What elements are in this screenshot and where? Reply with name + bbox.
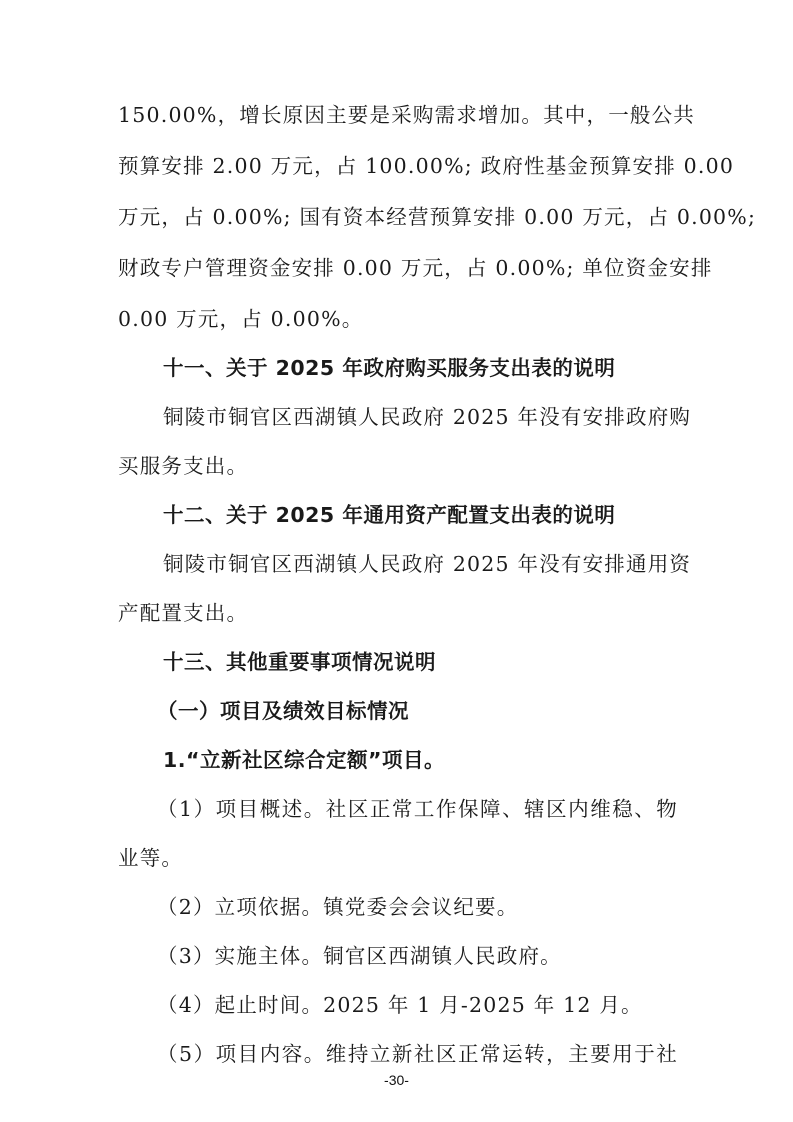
paragraph-line: 买服务支出。	[118, 452, 678, 480]
section-heading-13: 十三、其他重要事项情况说明	[163, 648, 723, 676]
document-page: 150.00%，增长原因主要是采购需求增加。其中，一般公共 预算安排 2.00 …	[0, 0, 793, 1122]
paragraph-line: 150.00%，增长原因主要是采购需求增加。其中，一般公共	[118, 101, 678, 129]
paragraph-line: 万元，占 0.00%; 国有资本经营预算安排 0.00 万元，占 0.00%;	[118, 203, 678, 231]
page-number: -30-	[0, 1072, 793, 1088]
paragraph-line: 铜陵市铜官区西湖镇人民政府 2025 年没有安排通用资	[163, 550, 678, 578]
paragraph-line: 产配置支出。	[118, 599, 678, 627]
paragraph-line: 0.00 万元，占 0.00%。	[118, 305, 678, 333]
project-title: 1.“立新社区综合定额”项目。	[163, 746, 723, 774]
section-heading-11: 十一、关于 2025 年政府购买服务支出表的说明	[163, 354, 723, 382]
paragraph-line: 财政专户管理资金安排 0.00 万元，占 0.00%; 单位资金安排	[118, 254, 678, 282]
project-item-3: （3）实施主体。铜官区西湖镇人民政府。	[157, 942, 717, 970]
paragraph-line: 铜陵市铜官区西湖镇人民政府 2025 年没有安排政府购	[163, 403, 678, 431]
project-item-1-cont: 业等。	[118, 844, 678, 872]
project-item-5: （5）项目内容。维持立新社区正常运转，主要用于社	[157, 1040, 678, 1068]
subheading: （一）项目及绩效目标情况	[157, 697, 717, 725]
paragraph-line: 预算安排 2.00 万元，占 100.00%; 政府性基金预算安排 0.00	[118, 152, 678, 180]
project-item-2: （2）立项依据。镇党委会会议纪要。	[157, 893, 717, 921]
project-item-4: （4）起止时间。2025 年 1 月-2025 年 12 月。	[157, 991, 717, 1019]
project-item-1: （1）项目概述。社区正常工作保障、辖区内维稳、物	[157, 795, 678, 823]
section-heading-12: 十二、关于 2025 年通用资产配置支出表的说明	[163, 501, 723, 529]
